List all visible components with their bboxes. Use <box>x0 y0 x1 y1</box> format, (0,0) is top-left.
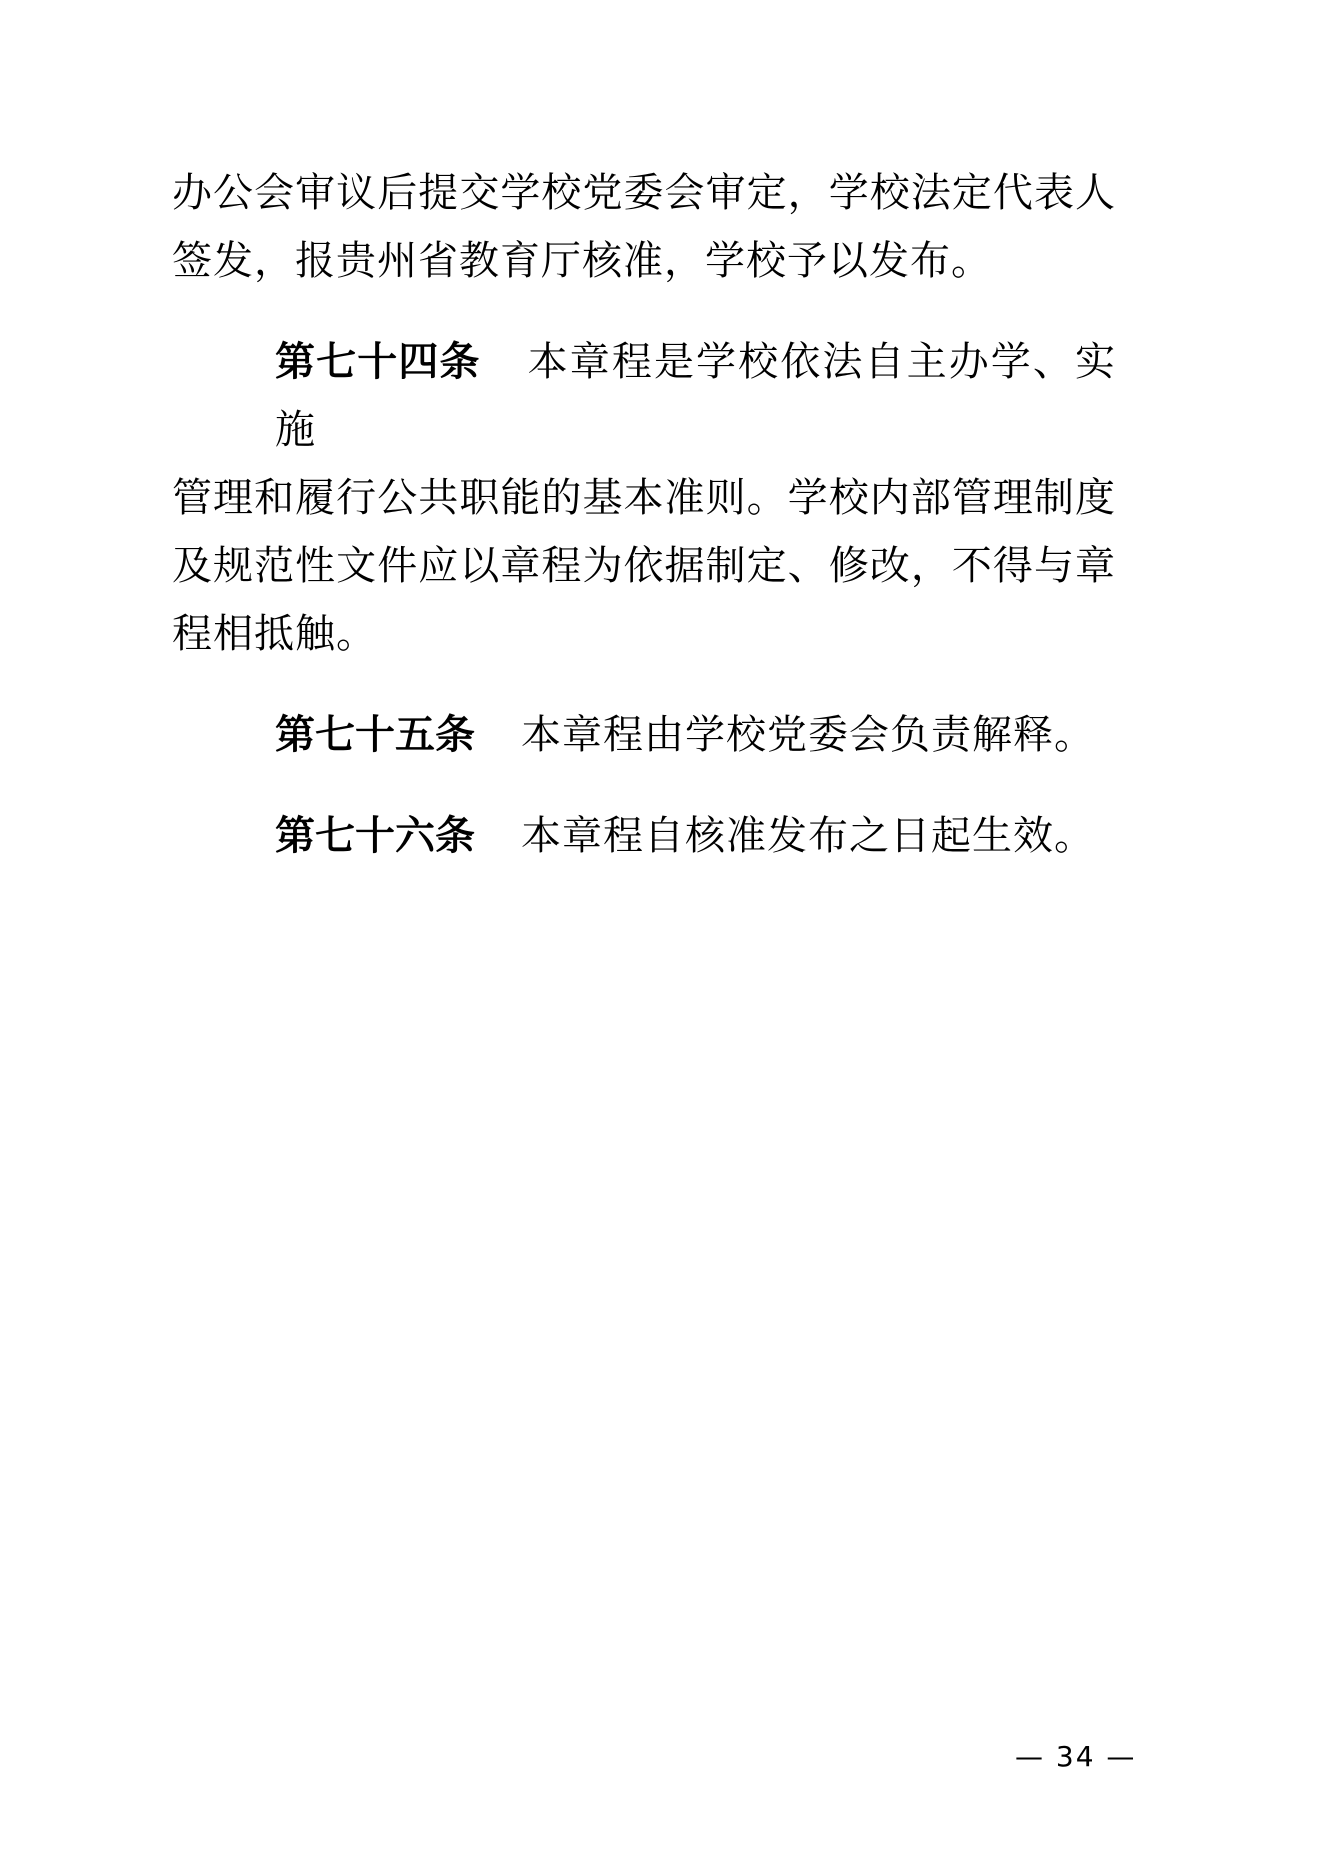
paragraph-article-76: 第七十六条本章程自核准发布之日起生效。 <box>172 802 1116 870</box>
text-line: 管理和履行公共职能的基本准则。学校内部管理制度 <box>172 464 1116 532</box>
document-page: 办公会审议后提交学校党委会审定，学校法定代表人 签发，报贵州省教育厅核准，学校予… <box>0 0 1323 1871</box>
text-line: 办公会审议后提交学校党委会审定，学校法定代表人 <box>172 159 1116 227</box>
article-term: 第七十六条 <box>275 813 475 858</box>
text-line: 及规范性文件应以章程为依据制定、修改，不得与章 <box>172 532 1116 600</box>
page-body: 办公会审议后提交学校党委会审定，学校法定代表人 签发，报贵州省教育厅核准，学校予… <box>172 159 1116 903</box>
text-segment: 本章程自核准发布之日起生效。 <box>521 813 1095 858</box>
text-line: 第七十六条本章程自核准发布之日起生效。 <box>172 802 1116 870</box>
text-line: 签发，报贵州省教育厅核准，学校予以发布。 <box>172 227 1116 295</box>
article-term: 第七十四条 <box>275 339 481 384</box>
paragraph-article-74: 第七十四条本章程是学校依法自主办学、实施 管理和履行公共职能的基本准则。学校内部… <box>172 328 1116 668</box>
text-line: 程相抵触。 <box>172 600 1116 668</box>
paragraph-continuation: 办公会审议后提交学校党委会审定，学校法定代表人 签发，报贵州省教育厅核准，学校予… <box>172 159 1116 295</box>
article-term: 第七十五条 <box>275 712 475 757</box>
text-line: 第七十五条本章程由学校党委会负责解释。 <box>172 701 1116 769</box>
text-segment: 本章程由学校党委会负责解释。 <box>521 712 1095 757</box>
text-line: 第七十四条本章程是学校依法自主办学、实施 <box>172 328 1116 464</box>
page-number: — 34 — <box>1015 1740 1136 1773</box>
paragraph-article-75: 第七十五条本章程由学校党委会负责解释。 <box>172 701 1116 769</box>
